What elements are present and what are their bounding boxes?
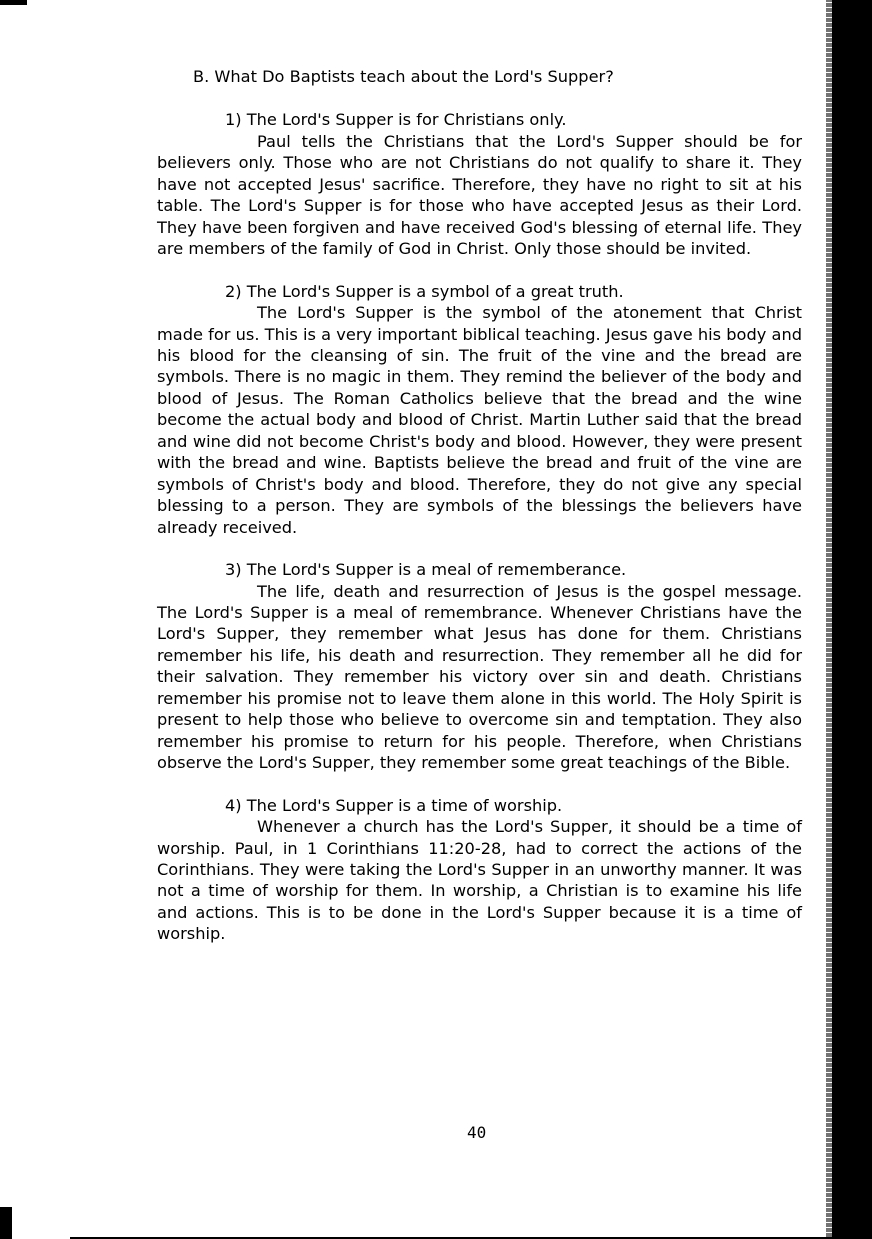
paragraph: The Lord's Supper is the symbol of the a… (157, 302, 802, 538)
paragraph: Whenever a church has the Lord's Supper,… (157, 816, 802, 945)
paragraph: Paul tells the Christians that the Lord'… (157, 131, 802, 260)
scan-artifact-left-edge (0, 1207, 12, 1239)
paragraph: The life, death and resurrection of Jesu… (157, 581, 802, 774)
section-christians-only: 1) The Lord's Supper is for Christians o… (157, 109, 802, 259)
scan-artifact-top-left (0, 0, 27, 5)
section-heading: B. What Do Baptists teach about the Lord… (193, 66, 802, 87)
document-page: B. What Do Baptists teach about the Lord… (157, 66, 802, 966)
section-remembrance: 3) The Lord's Supper is a meal of rememb… (157, 559, 802, 774)
subheading: 3) The Lord's Supper is a meal of rememb… (225, 559, 802, 580)
section-symbol: 2) The Lord's Supper is a symbol of a gr… (157, 281, 802, 538)
subheading: 1) The Lord's Supper is for Christians o… (225, 109, 802, 130)
subheading: 2) The Lord's Supper is a symbol of a gr… (225, 281, 802, 302)
page-number: 40 (467, 1123, 486, 1142)
section-worship: 4) The Lord's Supper is a time of worshi… (157, 795, 802, 945)
subheading: 4) The Lord's Supper is a time of worshi… (225, 795, 802, 816)
scan-border-right (832, 0, 872, 1239)
